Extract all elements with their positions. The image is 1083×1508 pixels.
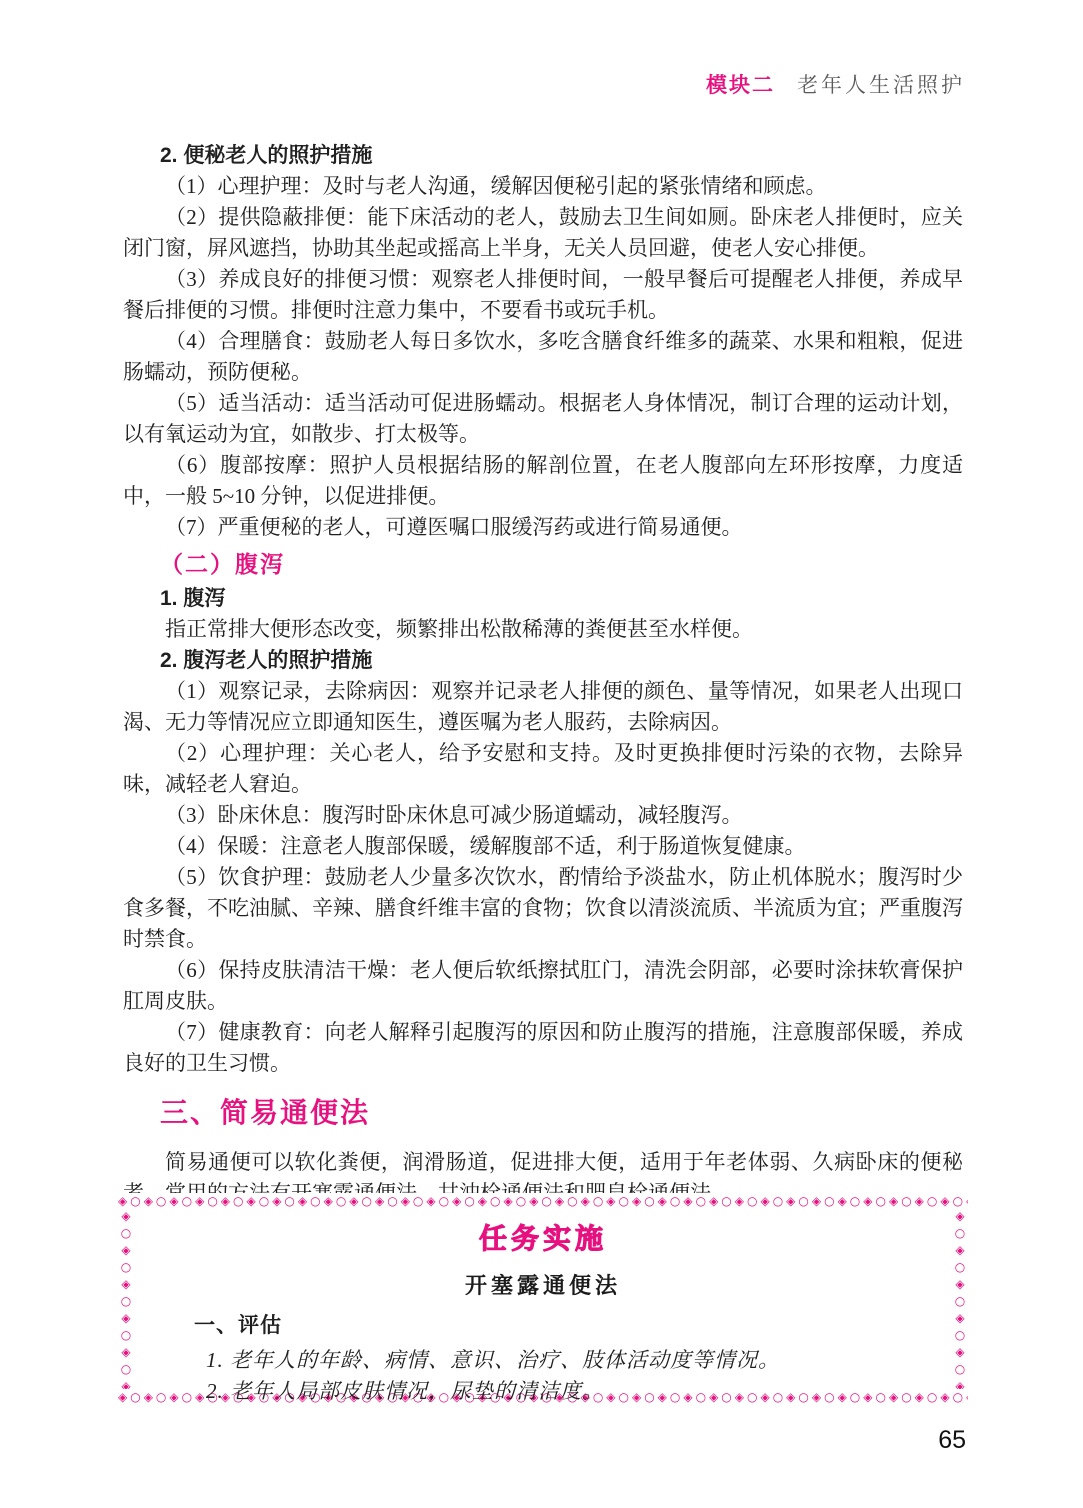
diarrhea-item: （2）心理护理：关心老人，给予安慰和支持。及时更换排便时污染的衣物，去除异味，减… xyxy=(123,738,963,800)
diarrhea-care-heading: 2. 腹泻老人的照护措施 xyxy=(123,645,963,676)
diarrhea-item: （7）健康教育：向老人解释引起腹泻的原因和防止腹泻的措施，注意腹部保暖，养成良好… xyxy=(123,1017,963,1079)
task-box-subtitle: 开塞露通便法 xyxy=(134,1273,952,1299)
diarrhea-item: （6）保持皮肤清洁干燥：老人便后软纸擦拭肛门，清洗会阴部，必要时涂抹软膏保护肛周… xyxy=(123,955,963,1017)
book-page: 模块二 老年人生活照护 2. 便秘老人的照护措施 （1）心理护理：及时与老人沟通… xyxy=(0,0,1083,1508)
task-box-content: 任务实施 开塞露通便法 一、评估 1. 老年人的年龄、病情、意识、治疗、肢体活动… xyxy=(134,1209,952,1389)
assessment-item: 1. 老年人的年龄、病情、意识、治疗、肢体活动度等情况。 xyxy=(206,1345,952,1376)
running-head: 模块二 老年人生活照护 xyxy=(706,74,965,98)
constipation-item: （3）养成良好的排便习惯：观察老人排便时间，一般早餐后可提醒老人排便，养成早餐后… xyxy=(123,264,963,326)
diarrhea-item: （4）保暖：注意老人腹部保暖，缓解腹部不适，利于肠道恢复健康。 xyxy=(123,831,963,862)
assessment-item: 2. 老年人局部皮肤情况，尿垫的清洁度。 xyxy=(206,1376,952,1407)
constipation-care-heading: 2. 便秘老人的照护措施 xyxy=(123,140,963,171)
diarrhea-item: （3）卧床休息：腹泻时卧床休息可减少肠道蠕动，减轻腹泻。 xyxy=(123,800,963,831)
constipation-item: （5）适当活动：适当活动可促进肠蠕动。根据老人身体情况，制订合理的运动计划，以有… xyxy=(123,388,963,450)
task-implementation-box: ◈○◈○◈○◈○◈○◈○◈○◈○◈○◈○◈○◈○◈○◈○◈○◈○◈○◈○◈○◈○… xyxy=(118,1193,968,1405)
module-label: 模块二 xyxy=(706,74,775,98)
assessment-heading: 一、评估 xyxy=(194,1313,952,1339)
constipation-item: （1）心理护理：及时与老人沟通，缓解因便秘引起的紧张情绪和顾虑。 xyxy=(123,171,963,202)
diamond-border-top: ◈○◈○◈○◈○◈○◈○◈○◈○◈○◈○◈○◈○◈○◈○◈○◈○◈○◈○◈○◈○… xyxy=(118,1193,968,1209)
constipation-item: （2）提供隐蔽排便：能下床活动的老人，鼓励去卫生间如厕。卧床老人排便时，应关闭门… xyxy=(123,202,963,264)
constipation-item: （4）合理膳食：鼓励老人每日多饮水，多吃含膳食纤维多的蔬菜、水果和粗粮，促进肠蠕… xyxy=(123,326,963,388)
module-title: 老年人生活照护 xyxy=(797,74,965,98)
diarrhea-definition-heading: 1. 腹泻 xyxy=(123,583,963,614)
diarrhea-definition: 指正常排大便形态改变，频繁排出松散稀薄的粪便甚至水样便。 xyxy=(123,614,963,645)
constipation-item: （7）严重便秘的老人，可遵医嘱口服缓泻药或进行简易通便。 xyxy=(123,512,963,543)
diarrhea-item: （5）饮食护理：鼓励老人少量多次饮水，酌情给予淡盐水，防止机体脱水；腹泻时少食多… xyxy=(123,862,963,955)
laxation-section-heading: 三、简易通便法 xyxy=(123,1097,963,1131)
diarrhea-item: （1）观察记录，去除病因：观察并记录老人排便的颜色、量等情况，如果老人出现口渴、… xyxy=(123,676,963,738)
diamond-border-right: ◈○◈○◈○◈○◈○◈○◈○◈○◈○◈○◈○◈○◈○◈○◈○◈○◈○◈○◈○◈○… xyxy=(952,1209,968,1389)
diamond-border-left: ◈○◈○◈○◈○◈○◈○◈○◈○◈○◈○◈○◈○◈○◈○◈○◈○◈○◈○◈○◈○… xyxy=(118,1209,134,1389)
diarrhea-section-heading: （二）腹泻 xyxy=(123,549,963,579)
page-number: 65 xyxy=(938,1426,966,1455)
task-box-title: 任务实施 xyxy=(134,1223,952,1255)
body-column: 2. 便秘老人的照护措施 （1）心理护理：及时与老人沟通，缓解因便秘引起的紧张情… xyxy=(123,140,963,1209)
constipation-item: （6）腹部按摩：照护人员根据结肠的解剖位置，在老人腹部向左环形按摩，力度适中，一… xyxy=(123,450,963,512)
